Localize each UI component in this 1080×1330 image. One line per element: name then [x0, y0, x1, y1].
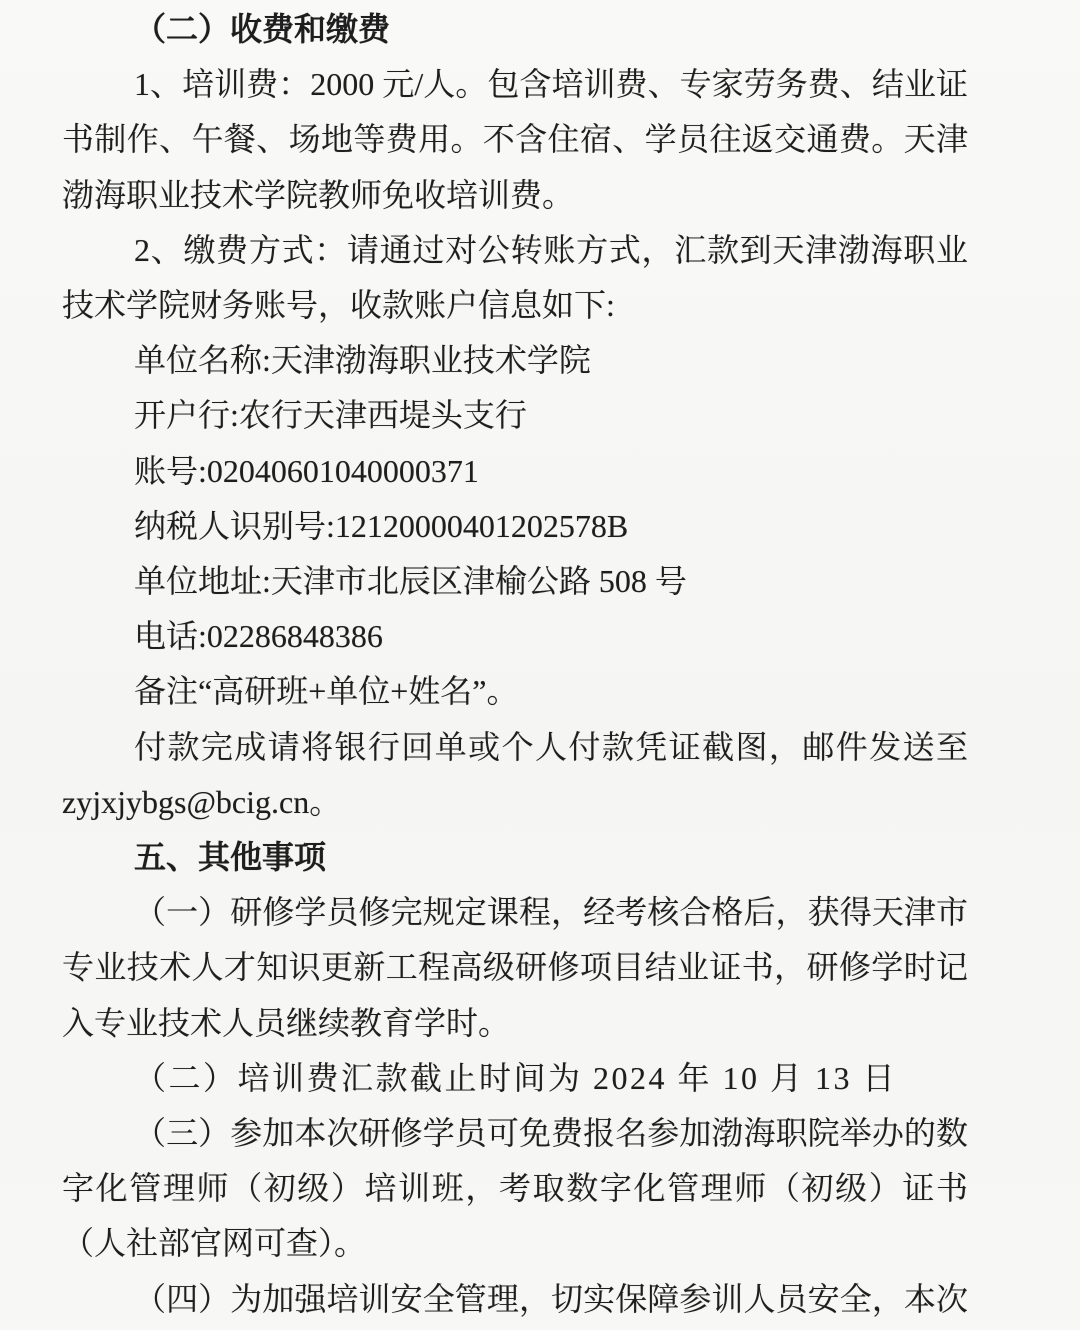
line-phone-number: 电话:02286848386 [62, 609, 968, 664]
line-item-3-digital-manager-3: （人社部官网可查）。 [62, 1216, 968, 1271]
line-item-1-certificate-2: 专业技术人才知识更新工程高级研修项目结业证书，研修学时记 [62, 940, 968, 995]
line-item-1-certificate-1: （一）研修学员修完规定课程，经考核合格后，获得天津市 [62, 885, 968, 940]
line-unit-address: 单位地址:天津市北辰区津榆公路 508 号 [62, 554, 968, 609]
line-bank-branch: 开户行:农行天津西堤头支行 [62, 388, 968, 443]
line-item-1-certificate-3: 入专业技术人员继续教育学时。 [62, 996, 968, 1051]
line-training-fee-2: 书制作、午餐、场地等费用。不含住宿、学员往返交通费。天津 [62, 112, 968, 167]
line-unit-name: 单位名称:天津渤海职业技术学院 [62, 333, 968, 388]
document-page: （二）收费和缴费 1、培训费：2000 元/人。包含培训费、专家劳务费、结业证 … [0, 0, 1080, 1330]
line-item-3-digital-manager-2: 字化管理师（初级）培训班，考取数字化管理师（初级）证书 [62, 1161, 968, 1216]
line-account-number: 账号:02040601040000371 [62, 444, 968, 499]
line-payment-method-2: 技术学院财务账号，收款账户信息如下: [62, 278, 968, 333]
line-payment-method-1: 2、缴费方式：请通过对公转账方式，汇款到天津渤海职业 [62, 223, 968, 278]
line-item-4-safety-1: （四）为加强培训安全管理，切实保障参训人员安全，本次 [62, 1272, 968, 1327]
line-training-fee-1: 1、培训费：2000 元/人。包含培训费、专家劳务费、结业证 [62, 57, 968, 112]
line-taxpayer-id: 纳税人识别号:12120000401202578B [62, 499, 968, 554]
heading-other-items: 五、其他事项 [62, 830, 968, 885]
line-payment-proof-1: 付款完成请将银行回单或个人付款凭证截图，邮件发送至 [62, 720, 968, 775]
line-item-2-deadline: （二）培训费汇款截止时间为 2024 年 10 月 13 日 [62, 1051, 968, 1106]
line-payment-email: zyjxjybgs@bcig.cn。 [62, 775, 968, 830]
line-training-fee-3: 渤海职业技术学院教师免收培训费。 [62, 168, 968, 223]
heading-fees-and-payment: （二）收费和缴费 [62, 2, 968, 57]
line-item-3-digital-manager-1: （三）参加本次研修学员可免费报名参加渤海职院举办的数 [62, 1106, 968, 1161]
line-remark-format: 备注“高研班+单位+姓名”。 [62, 664, 968, 719]
